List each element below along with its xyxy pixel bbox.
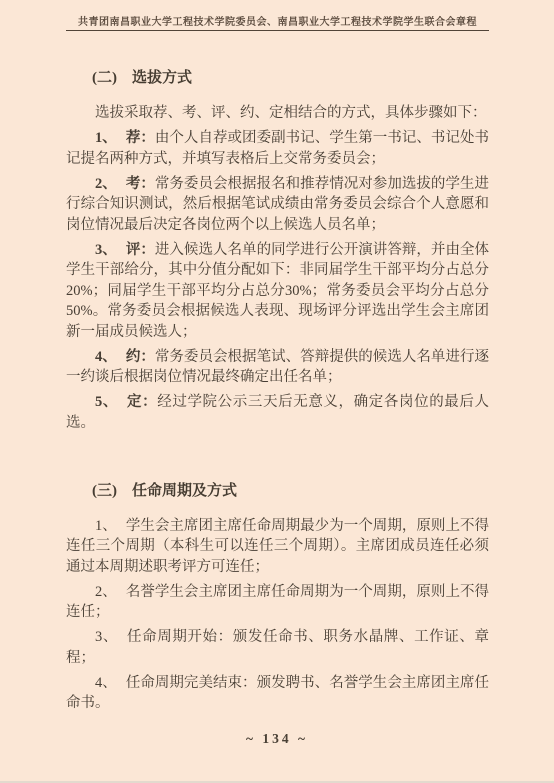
list-item: 5、定：经过学院公示三天后无意义，确定各岗位的最后人选。: [66, 392, 489, 433]
item-keyword: 荐：: [126, 130, 155, 146]
header-rule: [66, 30, 489, 31]
item-keyword: 评：: [126, 242, 155, 258]
item-keyword: 定：: [127, 394, 157, 410]
item-number: 2、: [95, 176, 117, 192]
section-intro: 选拔采取荐、考、评、约、定相结合的方式，具体步骤如下：: [66, 103, 489, 124]
item-number: 3、: [95, 629, 118, 645]
list-item: 4、任命周期完美结束：颁发聘书、名誉学生会主席团主席任命书。: [66, 673, 489, 714]
section-appointment-cycle: (三) 任命周期及方式 1、学生会主席团主席任命周期最少为一个周期，原则上不得连…: [66, 481, 489, 714]
list-item: 4、约：常务委员会根据笔试、答辩提供的候选人名单进行逐一约谈后根据岗位情况最终确…: [66, 347, 489, 388]
item-keyword: 考：: [126, 176, 155, 192]
list-item: 1、荐：由个人自荐或团委副书记、学生第一书记、书记处书记提名两种方式，并填写表格…: [66, 128, 489, 169]
list-item: 1、学生会主席团主席任命周期最少为一个周期，原则上不得连任三个周期（本科生可以连…: [66, 516, 489, 578]
page-header-title: 共青团南昌职业大学工程技术学院委员会、南昌职业大学工程技术学院学生联合会章程: [66, 13, 489, 28]
item-number: 4、: [95, 675, 117, 691]
item-number: 3、: [95, 242, 117, 258]
item-number: 5、: [95, 394, 118, 410]
item-text: 学生会主席团主席任命周期最少为一个周期，原则上不得连任三个周期（本科生可以连任三…: [66, 518, 489, 575]
list-item: 3、评：进入候选人名单的同学进行公开演讲答辩，并由全体学生干部给分，其中分值分配…: [66, 240, 489, 343]
page-number: ~ 134 ~: [0, 731, 554, 747]
list-item: 2、名誉学生会主席团主席任命周期为一个周期，原则上不得连任；: [66, 582, 489, 623]
item-number: 1、: [95, 518, 117, 534]
section-selection-method: (二) 选拔方式 选拔采取荐、考、评、约、定相结合的方式，具体步骤如下： 1、荐…: [66, 68, 489, 433]
list-item: 3、任命周期开始：颁发任命书、职务水晶牌、工作证、章程；: [66, 627, 489, 668]
document-page: 共青团南昌职业大学工程技术学院委员会、南昌职业大学工程技术学院学生联合会章程 (…: [0, 0, 554, 783]
item-keyword: 约：: [126, 349, 155, 365]
item-number: 1、: [95, 130, 117, 146]
document-body: (二) 选拔方式 选拔采取荐、考、评、约、定相结合的方式，具体步骤如下： 1、荐…: [66, 58, 489, 718]
item-text: 任命周期开始：颁发任命书、职务水晶牌、工作证、章程；: [66, 629, 489, 666]
item-number: 2、: [95, 584, 117, 600]
item-text: 任命周期完美结束：颁发聘书、名誉学生会主席团主席任命书。: [66, 675, 489, 712]
section-heading: (三) 任命周期及方式: [92, 481, 489, 502]
item-number: 4、: [95, 349, 117, 365]
list-item: 2、考：常务委员会根据报名和推荐情况对参加选拔的学生进行综合知识测试，然后根据笔…: [66, 174, 489, 236]
item-text: 名誉学生会主席团主席任命周期为一个周期，原则上不得连任；: [66, 584, 489, 621]
section-heading: (二) 选拔方式: [92, 68, 489, 89]
